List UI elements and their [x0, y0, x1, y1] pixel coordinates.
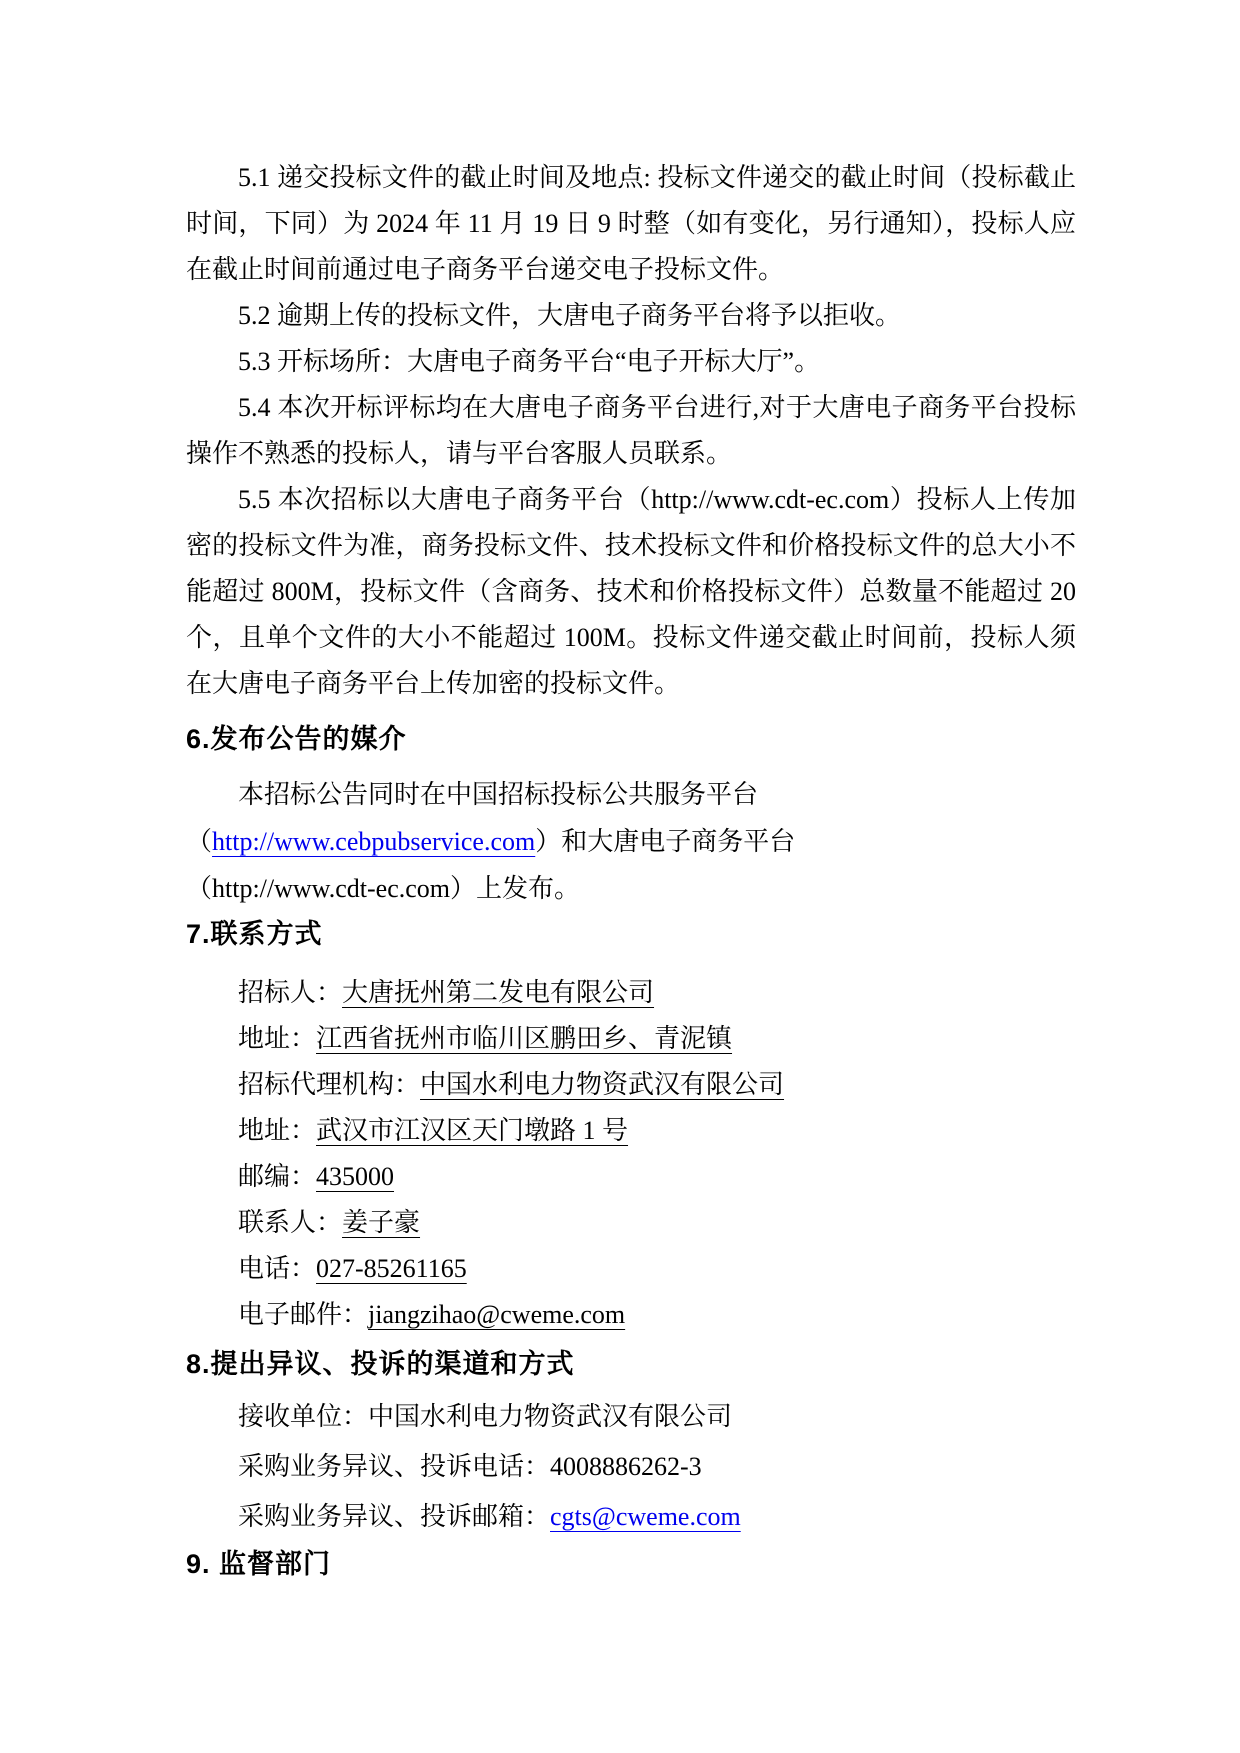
row-label: 招标代理机构： [238, 1070, 420, 1099]
paragraph-5-1: 5.1 递交投标文件的截止时间及地点: 投标文件递交的截止时间（投标截止时间，下… [186, 155, 1076, 293]
complaint-email-link[interactable]: cgts@cweme.com [550, 1502, 741, 1531]
cebpubservice-line: （http://www.cebpubservice.com）和大唐电子商务平台 [186, 818, 1076, 865]
row-label: 邮编： [238, 1162, 316, 1191]
row-phone: 电话：027-85261165 [186, 1246, 1076, 1292]
row-label: 采购业务异议、投诉电话： [238, 1452, 550, 1481]
open-paren: （ [186, 827, 212, 856]
row-label: 联系人： [238, 1208, 342, 1237]
row-value: jiangzihao@cweme.com [368, 1300, 625, 1329]
paragraph-5-3: 5.3 开标场所：大唐电子商务平台“电子开标大厅”。 [186, 339, 1076, 385]
row-tenderer: 招标人：大唐抚州第二发电有限公司 [186, 970, 1076, 1016]
row-label: 招标人： [238, 978, 342, 1007]
close-paren-and-text: ）和大唐电子商务平台 [535, 827, 795, 856]
row-value: 435000 [316, 1162, 394, 1191]
cebpubservice-link[interactable]: http://www.cebpubservice.com [212, 827, 535, 856]
announcement-intro-line: 本招标公告同时在中国招标投标公共服务平台 [186, 771, 1076, 818]
row-value: 027-85261165 [316, 1254, 467, 1283]
heading-supervision-department: 9. 监督部门 [186, 1542, 1076, 1586]
row-complaint-phone: 采购业务异议、投诉电话：4008886262-3 [186, 1442, 1076, 1492]
row-tenderer-address: 地址：江西省抚州市临川区鹏田乡、青泥镇 [186, 1016, 1076, 1062]
row-complaint-email: 采购业务异议、投诉邮箱：cgts@cweme.com [186, 1492, 1076, 1542]
paragraph-5-4: 5.4 本次开标评标均在大唐电子商务平台进行,对于大唐电子商务平台投标操作不熟悉… [186, 385, 1076, 477]
row-value: 中国水利电力物资武汉有限公司 [420, 1070, 784, 1099]
row-value: 姜子豪 [342, 1208, 420, 1237]
row-value: 4008886262-3 [550, 1452, 702, 1481]
row-value: 中国水利电力物资武汉有限公司 [368, 1402, 732, 1431]
row-agency-address: 地址：武汉市江汉区天门墩路 1 号 [186, 1108, 1076, 1154]
row-label: 电话： [238, 1254, 316, 1283]
row-email: 电子邮件：jiangzihao@cweme.com [186, 1292, 1076, 1338]
row-value: 大唐抚州第二发电有限公司 [342, 978, 654, 1007]
row-agency: 招标代理机构：中国水利电力物资武汉有限公司 [186, 1062, 1076, 1108]
row-label: 地址： [238, 1116, 316, 1145]
document-page: 5.1 递交投标文件的截止时间及地点: 投标文件递交的截止时间（投标截止时间，下… [0, 0, 1240, 1753]
row-label: 接收单位： [238, 1402, 368, 1431]
cdt-ec-publish-line: （http://www.cdt-ec.com）上发布。 [186, 865, 1076, 912]
row-complaint-unit: 接收单位：中国水利电力物资武汉有限公司 [186, 1392, 1076, 1442]
paragraph-5-5: 5.5 本次招标以大唐电子商务平台（http://www.cdt-ec.com）… [186, 477, 1076, 707]
row-value: 江西省抚州市临川区鹏田乡、青泥镇 [316, 1024, 732, 1053]
paragraph-5-2: 5.2 逾期上传的投标文件，大唐电子商务平台将予以拒收。 [186, 293, 1076, 339]
heading-contact-info: 7.联系方式 [186, 912, 1076, 956]
row-contact-person: 联系人：姜子豪 [186, 1200, 1076, 1246]
row-label: 电子邮件： [238, 1300, 368, 1329]
row-label: 采购业务异议、投诉邮箱： [238, 1502, 550, 1531]
document-content: 5.1 递交投标文件的截止时间及地点: 投标文件递交的截止时间（投标截止时间，下… [0, 0, 1240, 1586]
heading-objection-channels: 8.提出异议、投诉的渠道和方式 [186, 1342, 1076, 1386]
row-label: 地址： [238, 1024, 316, 1053]
row-postcode: 邮编：435000 [186, 1154, 1076, 1200]
heading-announcement-media: 6.发布公告的媒介 [186, 717, 1076, 761]
row-value: 武汉市江汉区天门墩路 1 号 [316, 1116, 628, 1145]
